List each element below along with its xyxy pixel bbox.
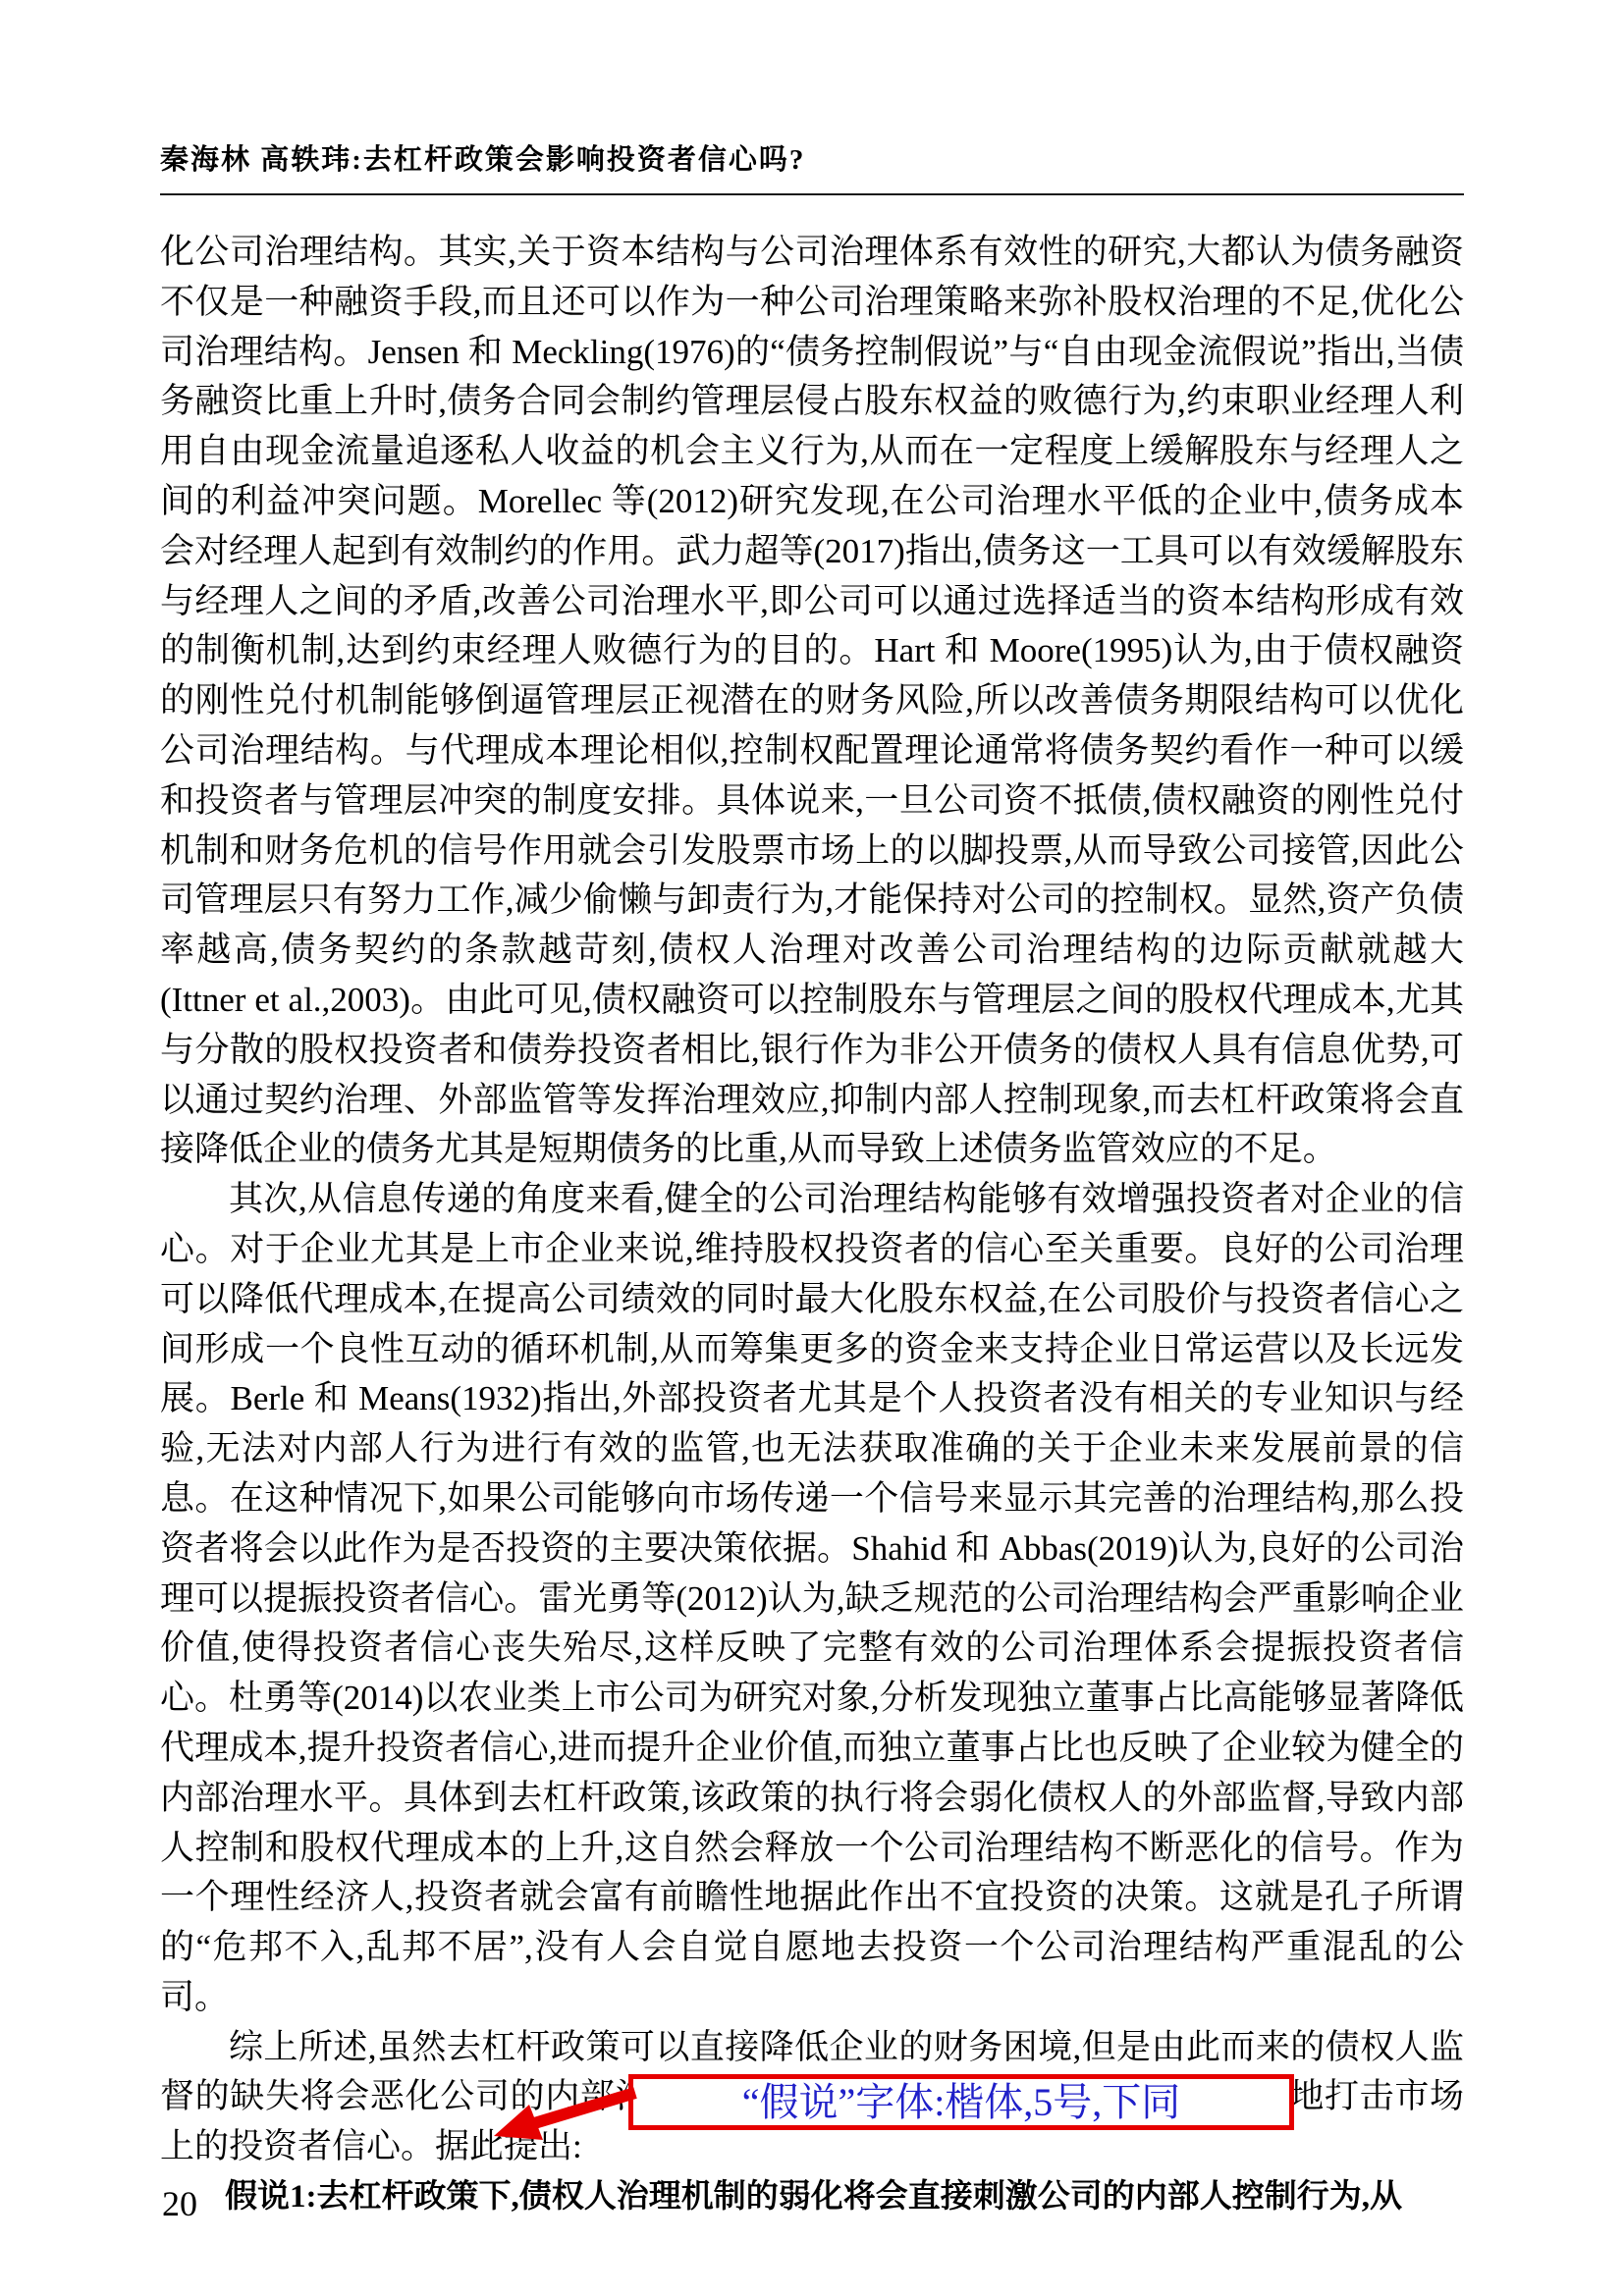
paragraph-2: 其次,从信息传递的角度来看,健全的公司治理结构能够有效增强投资者对企业的信心。对… (160, 1175, 1464, 2023)
body-text: 化公司治理结构。其实,关于资本结构与公司治理体系有效性的研究,大都认为债务融资不… (160, 228, 1464, 2222)
annotation-arrow-icon (486, 2071, 648, 2155)
running-header: 秦海林 高轶玮:去杠杆政策会影响投资者信心吗? (160, 137, 1464, 195)
hypothesis-1-text: 假说1:去杠杆政策下,债权人治理机制的弱化将会直接刺激公司的内部人控制行为,从 (160, 2172, 1464, 2222)
annotation-box: “假说”字体:楷体,5号,下同 (628, 2074, 1294, 2130)
annotation-text: “假说”字体:楷体,5号,下同 (742, 2081, 1181, 2124)
running-header-title: 秦海林 高轶玮:去杠杆政策会影响投资者信心吗? (160, 144, 805, 176)
paragraph-1: 化公司治理结构。其实,关于资本结构与公司治理体系有效性的研究,大都认为债务融资不… (160, 228, 1464, 1175)
page-number: 20 (162, 2183, 197, 2224)
document-page: 秦海林 高轶玮:去杠杆政策会影响投资者信心吗? 化公司治理结构。其实,关于资本结… (0, 0, 1624, 2296)
